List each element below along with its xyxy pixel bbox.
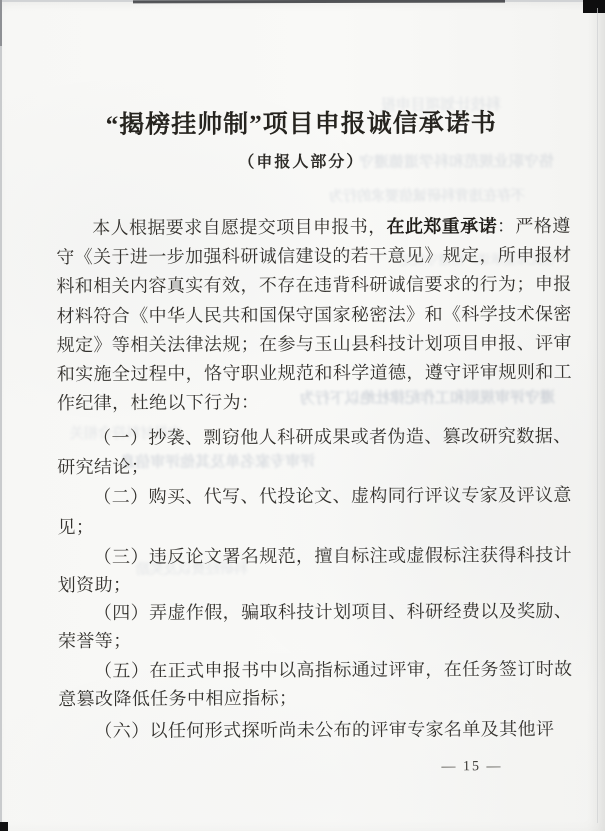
body-line: 料和相关内容真实有效，不存在违背科研诚信要求的行为；申报 (56, 272, 556, 298)
body-text: 本人根据要求自愿提交项目申报书， (92, 217, 386, 238)
body-line: （一）抄袭、剽窃他人科研成果或者伪造、篡改研究数据、 (57, 424, 593, 450)
body-line: 意篡改降低任务中相应指标； (58, 685, 558, 711)
page-number: — 15 — (442, 759, 503, 775)
body-line: 见； (57, 513, 557, 539)
body-text: ：严格遵 (497, 216, 571, 236)
body-line: 作纪律，杜绝以下行为： (57, 389, 557, 415)
body-line: 规定》等相关法律法规；在参与玉山县科技计划项目申报、评审 (57, 331, 557, 357)
body-line: （五）在正式申报书中以高指标通过评审，在任务签订时故 (58, 657, 594, 683)
body-line: （三）违反论文署名规范，擅自标注或虚假标注获得科技计 (58, 543, 594, 569)
page-content: 科技计划项目申报 恪守职业规范和科学道德遵守 不存在违背科研诚信要求的行为 在此… (0, 0, 605, 831)
body-line: 和实施全过程中，恪守职业规范和科学道德，遵守评审规则和工 (57, 360, 557, 386)
scanned-page: 科技计划项目申报 恪守职业规范和科学道德遵守 不存在违背科研诚信要求的行为 在此… (0, 0, 605, 831)
document-subtitle: （申报人部分） (0, 148, 604, 174)
body-text-bold: 在此郑重承诺 (387, 216, 497, 236)
body-line: （四）弄虚作假，骗取科技计划项目、科研经费以及奖励、 (58, 599, 594, 625)
document-title: “揭榜挂帅制”项目申报诚信承诺书 (0, 103, 604, 142)
body-line: （二）购买、代写、代投论文、虚构同行评议专家及评议意 (57, 483, 593, 509)
body-line: 本人根据要求自愿提交项目申报书，在此郑重承诺：严格遵 (56, 214, 592, 240)
body-line: 荣誉等； (58, 627, 558, 653)
body-line: 划资助； (58, 571, 558, 597)
body-line: 研究结论； (57, 453, 557, 479)
body-line: 守《关于进一步加强科研诚信建设的若干意见》规定，所申报材 (56, 243, 556, 269)
body-line: （六）以任何形式探听尚未公布的评审专家名单及其他评 (58, 717, 594, 743)
bleed-through-line: 不存在违背科研诚信要求的行为 (329, 185, 525, 206)
body-line: 材料符合《中华人民共和国保守国家秘密法》和《科学技术保密 (57, 302, 557, 328)
